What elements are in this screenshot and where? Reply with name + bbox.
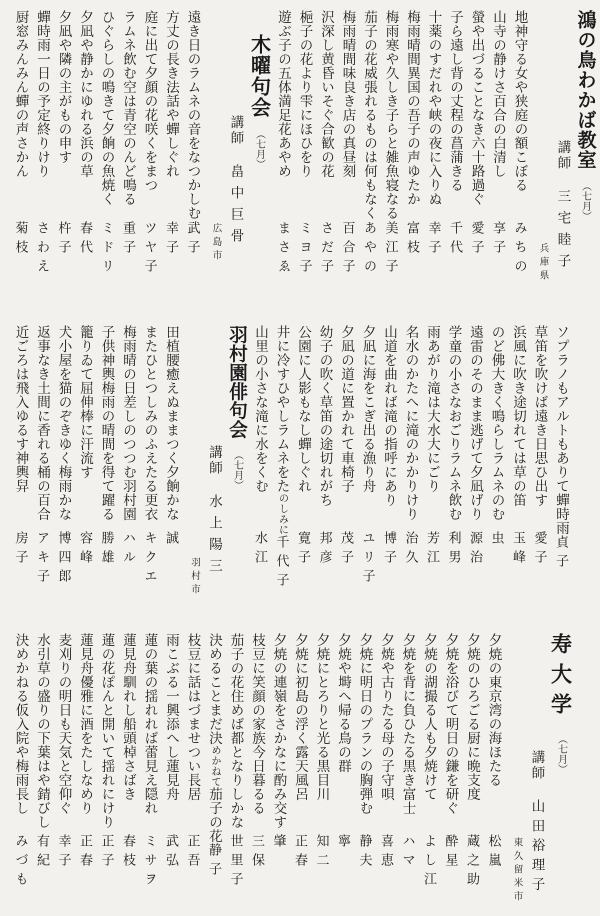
- poem-author: さわえ: [35, 221, 50, 295]
- section-title-column: 羽村園俳句会 （七月）: [227, 325, 246, 605]
- poem-text: 夕焼に初島の浮く露天風呂: [293, 633, 308, 801]
- poem-text: 夕焼を背に負ひたる黒き富士: [400, 633, 415, 815]
- poem-column: 夕焼を背に負ひたる黒き富士ハマ: [400, 633, 415, 908]
- poem-author: 正子: [99, 834, 114, 908]
- poem-author: ミサヲ: [142, 834, 157, 908]
- poem-text: 犬小屋を猫のぞきゆく梅雨かな: [56, 325, 71, 521]
- poem-author: 寧: [336, 834, 351, 908]
- poem-author: 水江: [253, 531, 268, 605]
- poem-column: 子ら遠し背の丈程の菖蒲きる千代: [448, 10, 463, 295]
- poem-column: 子供神輿梅雨の晴間を得て躍る勝雄: [99, 325, 114, 605]
- poem-author: 寛子: [296, 531, 311, 605]
- poem-author: 享子: [491, 221, 506, 295]
- poem-text: 遠き日のラムネの音をなつかしむ: [185, 10, 200, 220]
- poem-author: ハマ: [400, 834, 415, 908]
- poem-column: 決めることまだ決めかねて茄子の花静子: [207, 633, 222, 908]
- poem-column: 公園に人影もなし蟬しぐれ寛子: [296, 325, 311, 605]
- poem-author: みづも: [13, 834, 28, 908]
- poem-text: 夕焼にとろりと光る黒目川: [314, 633, 329, 801]
- poem-author: 百合子: [340, 221, 355, 295]
- poem-text: 厨窓みんみん蟬の声さかん: [13, 10, 28, 178]
- poem-author: 武子: [185, 221, 200, 295]
- poem-author: 虫: [489, 531, 504, 605]
- poem-author: 富枝: [405, 221, 420, 295]
- poem-author: 貞子: [554, 535, 569, 609]
- location-label: 東久留米市: [510, 837, 524, 905]
- poem-column: ラムネ飲む空は青空のんど鳴る重子: [121, 10, 136, 295]
- poem-author: 千代: [448, 221, 463, 295]
- poem-column: 夕焼のひろごる厨に晩支度蔵之助: [465, 633, 480, 908]
- poem-text: ラムネ飲む空は青空のんど鳴る: [121, 10, 136, 206]
- poem-author: 愛子: [469, 221, 484, 295]
- poem-author: 正春: [293, 834, 308, 908]
- poem-column: 犬小屋を猫のぞきゆく梅雨かな博四郎: [56, 325, 71, 605]
- poem-text: 決めることまだ決めかねて茄子の花: [207, 633, 222, 843]
- poem-text: 籠りゐて屈伸棒に汗流す: [78, 325, 93, 479]
- poem-author: 勝雄: [99, 531, 114, 605]
- poem-column: 雨こぶる一興添へし蓮見舟武弘: [164, 633, 179, 908]
- poem-text: 学童の小さなおごりラムネ飲む: [446, 325, 461, 521]
- poem-author: 春枝: [121, 834, 136, 908]
- poem-author: 知二: [314, 834, 329, 908]
- poem-text: 田植腰癒えぬままつく夕餉かな: [164, 325, 179, 521]
- poem-author: 源治: [468, 531, 483, 605]
- lecturer-column: 講師 畠中巨骨: [228, 10, 244, 295]
- poem-text: 蓮の葉の揺れれば蕾見え隠れ: [142, 633, 157, 815]
- poem-author: 芳江: [425, 531, 440, 605]
- poem-text: 蓮見舟馴れし船頭棹さばき: [121, 633, 136, 801]
- poem-text: 梅雨晴間味良き店の真昼刻: [340, 10, 355, 178]
- poem-text: 蟬時雨一日の予定終りけり: [35, 10, 50, 178]
- poem-author: 博子: [382, 531, 397, 605]
- poem-text: 十薬のすだれや峡の夜に入りぬ: [426, 10, 441, 206]
- poem-author: 誠: [164, 531, 179, 605]
- poem-text: 梅雨晴の日差しのつつむ羽村園: [121, 325, 136, 521]
- poem-column: 梅雨晴間異国の吾子の声ゆたか富枝: [405, 10, 420, 295]
- poem-column: 茄子の花住めば都となりしかな世里子: [228, 633, 243, 908]
- poem-column: 夕焼にとろりと光る黒目川知二: [314, 633, 329, 908]
- poem-text: 枝豆に話はづませつい長居: [185, 633, 200, 801]
- poem-author: 幸子: [56, 834, 71, 908]
- poem-column: 庭に出て夕顔の花咲くをまつツヤ子: [142, 10, 157, 295]
- poem-text: 夕焼の連嶺をさかなに酌み交す: [271, 633, 286, 829]
- poem-author: ミヨ子: [297, 221, 312, 295]
- tier-1: 鴻の鳥わかば教室 （七月） 講師 三宅睦子 兵庫県 地神守る女や狭庭の額こぼるみ…: [6, 10, 595, 295]
- poem-author: 肇: [271, 834, 286, 908]
- poem-text: 遠雷のそのまま逃げて夕凪げり: [468, 325, 483, 521]
- poem-author: さだ子: [319, 221, 334, 295]
- poem-text: 蓮の花ぽんと開いて揺れにけり: [99, 633, 114, 829]
- lecturer-name: 山田裕理子: [530, 799, 545, 897]
- poem-author: みちの: [512, 221, 527, 295]
- poem-author: 松嵐: [486, 834, 501, 908]
- poem-column: 十薬のすだれや峡の夜に入りぬ幸子: [426, 10, 441, 295]
- poem-author: 重子: [121, 221, 136, 295]
- poem-column: 夕凪や隣の主がもの申す杵子: [56, 10, 71, 295]
- poem-column: 浜風に吹き途切れては草の笛玉峰: [511, 325, 526, 605]
- poem-text: のど佛大きく鳴らしラムネのむ: [489, 325, 504, 521]
- poem-column: 近ごろは飛入ゆるす神輿舁房子: [13, 325, 28, 605]
- poem-column: 螢や出づることなき六十路過ぐ愛子: [469, 10, 484, 295]
- poem-author: 玉峰: [511, 531, 526, 605]
- poem-column: 厨窓みんみん蟬の声さかん菊枝: [13, 10, 28, 295]
- location-column: 東久留米市: [510, 633, 524, 908]
- poem-column: 返事なき土間に香れる桶の百合アキ子: [35, 325, 50, 605]
- poem-column: 夕焼に初島の浮く露天風呂正春: [293, 633, 308, 908]
- poem-column: 水引草の盛りの下葉はや錆びし有紀: [35, 633, 50, 908]
- haiku-magazine-page: 鴻の鳥わかば教室 （七月） 講師 三宅睦子 兵庫県 地神守る女や狭庭の額こぼるみ…: [0, 0, 600, 916]
- poem-column: 山寺の静けさ百合の白清し享子: [491, 10, 506, 295]
- poem-text: 夕凪や隣の主がもの申す: [56, 10, 71, 164]
- poem-column: 蓮の葉の揺れれば蕾見え隠れミサヲ: [142, 633, 157, 908]
- poem-column: 決めかねる仮入院や梅雨長しみづも: [13, 633, 28, 908]
- lecturer-column: 講師 山田裕理子: [529, 633, 545, 908]
- poem-text: 茄子の花威張れるものは何もなく: [362, 10, 377, 220]
- poem-column: 名水のかたへに滝のかかりけり治久: [403, 325, 418, 605]
- poem-text: 決めかねる仮入院や梅雨長し: [13, 633, 28, 815]
- poem-text: ひぐらしの鳴きて夕餉の魚焼く: [99, 10, 114, 206]
- poem-column: 枝豆に話はづませつい長居正吾: [185, 633, 200, 908]
- poem-author: 幸子: [164, 221, 179, 295]
- poem-text: 公園に人影もなし蟬しぐれ: [296, 325, 311, 493]
- poem-author: 博四郎: [56, 531, 71, 605]
- poem-column: 井に冷すひやしラムネをたのしみに千代子: [274, 325, 289, 605]
- poem-column: のど佛大きく鳴らしラムネのむ虫: [489, 325, 504, 605]
- poem-author: 幸子: [426, 221, 441, 295]
- poem-text: 沢深し黄昏いそぐ合歓の花: [319, 10, 334, 178]
- poem-author: ツヤ子: [142, 221, 157, 295]
- lecturer-label: 講師: [556, 140, 571, 171]
- poem-text: 枝豆に笑顔の家族今日暮るる: [250, 633, 265, 815]
- poem-column: 夕凪に海をこぎ出る漁り舟ユリ子: [360, 325, 375, 605]
- poem-text: 雨こぶる一興添へし蓮見舟: [164, 633, 179, 801]
- poem-column: 沢深し黄昏いそぐ合歓の花さだ子: [319, 10, 334, 295]
- poem-author: ハル: [121, 531, 136, 605]
- poem-text: 庭に出て夕顔の花咲くをまつ: [142, 10, 157, 192]
- poem-author: 喜恵: [379, 834, 394, 908]
- poem-column: 夕焼の湖撮る人も夕焼けてよし江: [422, 633, 437, 908]
- month-label: （七月）: [556, 734, 567, 774]
- poem-column: 梔子の花より雫にほひをりミヨ子: [297, 10, 312, 295]
- poem-column: 遠き日のラムネの音をなつかしむ武子: [185, 10, 200, 295]
- poem-author: 治久: [403, 531, 418, 605]
- poem-author: 邦彦: [317, 531, 332, 605]
- poem-text: 夕凪に海をこぎ出る漁り舟: [360, 325, 375, 493]
- poem-author: 静子: [207, 843, 222, 916]
- month-label: （七月）: [232, 450, 243, 490]
- location-column: 広島市: [209, 10, 223, 295]
- poem-text: 麦刈りの明日も天気と空仰ぐ: [56, 633, 71, 815]
- location-column: 羽村市: [187, 325, 201, 605]
- poem-text: 水引草の盛りの下葉はや錆びし: [35, 633, 50, 829]
- poem-text: 夕焼や古りたる母の子守唄: [379, 633, 394, 801]
- location-label: 広島市: [209, 223, 223, 264]
- poem-text: 夕焼に明日のプランの胸弾む: [357, 633, 372, 815]
- poem-column: ひぐらしの鳴きて夕餉の魚焼くミドリ: [99, 10, 114, 295]
- poem-column: 茄子の花威張れるものは何もなくあやの: [362, 10, 377, 295]
- poem-author: よし江: [422, 834, 437, 908]
- poem-author: 菊枝: [13, 221, 28, 295]
- poem-author: 愛子: [532, 531, 547, 605]
- poem-text: 梅雨寒や久しき子らと雑魚寝なる: [383, 10, 398, 220]
- poem-author: 千代子: [274, 535, 289, 609]
- poem-column: 麦刈りの明日も天気と空仰ぐ幸子: [56, 633, 71, 908]
- lecturer-label: 講師: [229, 115, 244, 146]
- poem-author: キクエ: [142, 531, 157, 605]
- lecturer-name: 畠中巨骨: [229, 164, 244, 250]
- poem-text: 山道を曲れば滝の指呼にあり: [382, 325, 397, 507]
- poem-column: 遊ぶ子の五体満足花あやめまさゑ: [276, 10, 291, 295]
- poem-text: 井に冷すひやしラムネをたのしみに: [274, 325, 289, 535]
- poem-text: 梅雨晴間異国の吾子の声ゆたか: [405, 10, 420, 206]
- poem-column: 学童の小さなおごりラムネ飲む利男: [446, 325, 461, 605]
- poem-author: 房子: [13, 531, 28, 605]
- poem-text: 山里の小さな滝に水をくむ: [253, 325, 268, 493]
- poem-column: 遠雷のそのまま逃げて夕凪げり源治: [468, 325, 483, 605]
- poem-column: 幼子の吹く草笛の途切れがち邦彦: [317, 325, 332, 605]
- poem-column: 雨あがり滝は大水大にごり芳江: [425, 325, 440, 605]
- poem-author: まさゑ: [276, 221, 291, 295]
- lecturer-label: 講師: [207, 445, 222, 476]
- poem-author: 美江子: [383, 221, 398, 295]
- poem-column: 夕焼を浴びて明日の鎌を研ぐ酔星: [443, 633, 458, 908]
- poem-author: ミドリ: [99, 221, 114, 295]
- poem-author: 静夫: [357, 834, 372, 908]
- poem-author: 正春: [78, 834, 93, 908]
- lecturer-column: 講師 水上陽三: [206, 325, 222, 605]
- poem-text: 名水のかたへに滝のかかりけり: [403, 325, 418, 521]
- poem-author: アキ子: [35, 531, 50, 605]
- poem-column: ソプラノもアルトもありて蟬時雨貞子: [554, 325, 569, 605]
- poem-text: 夕焼や塒へ帰る鳥の群: [336, 633, 351, 773]
- poem-author: 蔵之助: [465, 834, 480, 908]
- tier-3: 寿大学 （七月） 講師 山田裕理子 東久留米市 夕焼の東京湾の海ほたる松嵐 夕焼…: [6, 633, 571, 908]
- lecturer-label: 講師: [530, 750, 545, 781]
- poem-text: 幼子の吹く草笛の途切れがち: [317, 325, 332, 507]
- poem-column: 夕焼の東京湾の海ほたる松嵐: [486, 633, 501, 908]
- poem-column: 蓮見舟優雅に酒をたしなめり正春: [78, 633, 93, 908]
- poem-text-small: めかねて: [209, 745, 220, 787]
- poem-author: 世里子: [228, 834, 243, 908]
- section-title: 羽村園俳句会: [227, 325, 247, 439]
- poem-text: 夕凪や静かにゆれる浜の草: [78, 10, 93, 178]
- poem-column: 夕焼に明日のプランの胸弾む静夫: [357, 633, 372, 908]
- tier-2: ソプラノもアルトもありて蟬時雨貞子 草笛を吹けば遠き日思ひ出す愛子 浜風に吹き途…: [6, 325, 568, 605]
- poem-text: 遊ぶ子の五体満足花あやめ: [276, 10, 291, 178]
- poem-text: 夕焼の東京湾の海ほたる: [486, 633, 501, 787]
- poem-column: 山里の小さな滝に水をくむ水江: [253, 325, 268, 605]
- lecturer-name: 水上陽三: [207, 494, 222, 580]
- section-header-konotori: 鴻の鳥わかば教室 （七月） 講師 三宅睦子 兵庫県: [536, 10, 595, 295]
- poem-author: 容峰: [78, 531, 93, 605]
- poem-author: 春代: [78, 221, 93, 295]
- poem-column: 梅雨晴間味良き店の真昼刻百合子: [340, 10, 355, 295]
- poem-column: またひとつしみのふえたる更衣キクエ: [142, 325, 157, 605]
- poem-text: 浜風に吹き途切れては草の笛: [511, 325, 526, 507]
- poem-author: あやの: [362, 221, 377, 295]
- poem-column: 梅雨寒や久しき子らと雑魚寝なる美江子: [383, 10, 398, 295]
- section-title: 鴻の鳥わかば教室: [575, 10, 596, 170]
- section-title-column: 寿大学 （七月）: [550, 633, 571, 908]
- poem-column: 夕凪や静かにゆれる浜の草春代: [78, 10, 93, 295]
- poem-column: 山道を曲れば滝の指呼にあり博子: [382, 325, 397, 605]
- poem-text: 雨あがり滝は大水大にごり: [425, 325, 440, 493]
- poem-text: またひとつしみのふえたる更衣: [142, 325, 157, 521]
- section-header-hamuraen: 羽村園俳句会 （七月） 講師 水上陽三 羽村市: [187, 325, 246, 605]
- lecturer-column: 講師 三宅睦子: [555, 10, 571, 295]
- location-column: 兵庫県: [536, 10, 550, 295]
- poem-text: 夕凪の道に置かれて車椅子: [339, 325, 354, 493]
- section-title-column: 鴻の鳥わかば教室 （七月）: [576, 10, 595, 295]
- poem-text: 草笛を吹けば遠き日思ひ出す: [532, 325, 547, 507]
- poem-column: 枝豆に笑顔の家族今日暮るる三保: [250, 633, 265, 908]
- poem-text-small: のしみに: [277, 493, 288, 535]
- poem-column: 田植腰癒えぬままつく夕餉かな誠: [164, 325, 179, 605]
- section-header-mokuyo-kukai: 木曜句会 （七月） 講師 畠中巨骨 広島市: [209, 10, 269, 295]
- poem-text: 返事なき土間に香れる桶の百合: [35, 325, 50, 521]
- poem-text: 子ら遠し背の丈程の菖蒲きる: [448, 10, 463, 192]
- poem-text: 子供神輿梅雨の晴間を得て躍る: [99, 325, 114, 521]
- poem-author: 杵子: [56, 221, 71, 295]
- poem-column: 梅雨晴の日差しのつつむ羽村園ハル: [121, 325, 136, 605]
- poem-column: 蓮の花ぽんと開いて揺れにけり正子: [99, 633, 114, 908]
- section-title-column: 木曜句会 （七月）: [249, 10, 269, 295]
- poem-column: 夕凪の道に置かれて車椅子茂子: [339, 325, 354, 605]
- poem-author: ユリ子: [360, 531, 375, 605]
- section-title: 寿大学: [549, 633, 573, 723]
- poem-author: 有紀: [35, 834, 50, 908]
- poem-column: 夕焼や塒へ帰る鳥の群寧: [336, 633, 351, 908]
- location-label: 兵庫県: [536, 243, 550, 284]
- poem-column: 地神守る女や狭庭の額こぼるみちの: [512, 10, 527, 295]
- poem-column: 夕焼や古りたる母の子守唄喜恵: [379, 633, 394, 908]
- poem-author: 利男: [446, 531, 461, 605]
- poem-text: 蓮見舟優雅に酒をたしなめり: [78, 633, 93, 815]
- poem-column: 方丈の長き法話や蟬しぐれ幸子: [164, 10, 179, 295]
- poem-text: ソプラノもアルトもありて蟬時雨: [554, 325, 569, 535]
- poem-text: 夕焼のひろごる厨に晩支度: [465, 633, 480, 801]
- poem-text: 山寺の静けさ百合の白清し: [491, 10, 506, 178]
- month-label: （七月）: [254, 129, 265, 169]
- poem-author: 酔星: [443, 834, 458, 908]
- poem-text: 地神守る女や狭庭の額こぼる: [512, 10, 527, 192]
- month-label: （七月）: [580, 181, 591, 221]
- poem-text: 夕焼の湖撮る人も夕焼けて: [422, 633, 437, 801]
- poem-author: 茂子: [339, 531, 354, 605]
- poem-text: 茄子の花住めば都となりしかな: [228, 633, 243, 829]
- poem-text: 方丈の長き法話や蟬しぐれ: [164, 10, 179, 178]
- poem-column: 蟬時雨一日の予定終りけりさわえ: [35, 10, 50, 295]
- poem-author: 三保: [250, 834, 265, 908]
- section-header-kotobuki-daigaku: 寿大学 （七月） 講師 山田裕理子 東久留米市: [510, 633, 571, 908]
- poem-author: 正吾: [185, 834, 200, 908]
- poem-text: 螢や出づることなき六十路過ぐ: [469, 10, 484, 206]
- section-title: 木曜句会: [248, 34, 270, 118]
- lecturer-name: 三宅睦子: [556, 189, 571, 275]
- poem-text: 夕焼を浴びて明日の鎌を研ぐ: [443, 633, 458, 815]
- location-label: 羽村市: [187, 557, 201, 598]
- poem-text: 梔子の花より雫にほひをり: [297, 10, 312, 178]
- poem-text: 近ごろは飛入ゆるす神輿舁: [13, 325, 28, 493]
- poem-column: 夕焼の連嶺をさかなに酌み交す肇: [271, 633, 286, 908]
- poem-column: 草笛を吹けば遠き日思ひ出す愛子: [532, 325, 547, 605]
- poem-column: 籠りゐて屈伸棒に汗流す容峰: [78, 325, 93, 605]
- poem-author: 武弘: [164, 834, 179, 908]
- poem-column: 蓮見舟馴れし船頭棹さばき春枝: [121, 633, 136, 908]
